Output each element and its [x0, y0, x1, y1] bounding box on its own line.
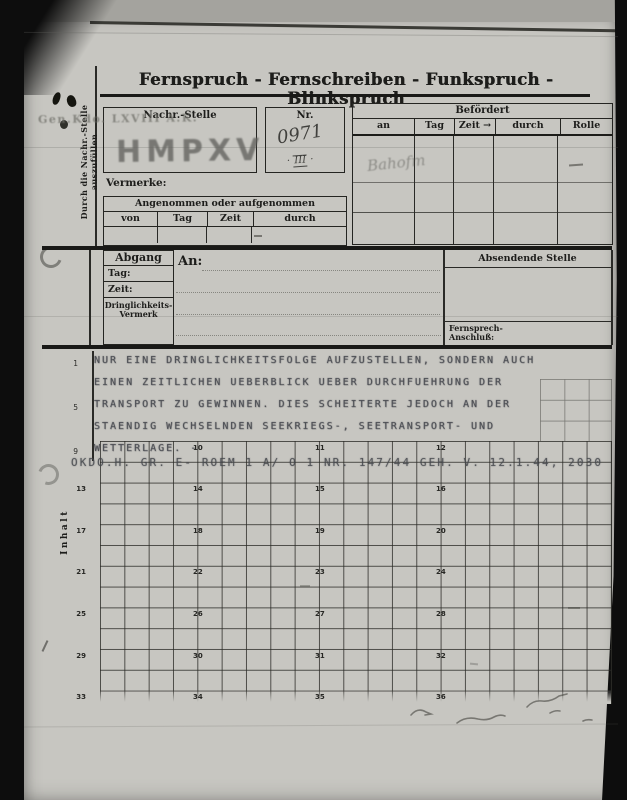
fernsprech-cell: Fernsprech- Anschluß: — [449, 324, 503, 342]
table-gridline — [557, 136, 558, 244]
sidebar-fill-note: Durch die Nachr.-Stelle auszufüllen — [79, 87, 99, 237]
dringlichkeit-label-line2: Vermerk — [104, 310, 173, 319]
table-gridline — [453, 136, 454, 244]
table-gridline — [206, 227, 207, 243]
typed-message-line: STAENDIG WECHSELNDEN SEEKRIEGS-, SEETRAN… — [94, 421, 495, 432]
section-right-border — [611, 250, 613, 345]
col-tag: Tag — [415, 119, 455, 134]
recipient-line — [176, 292, 440, 293]
grid-cell-number: 30 — [193, 652, 203, 660]
fernsprech-topline — [444, 321, 611, 322]
month-roman-numeral: · III · — [287, 154, 314, 168]
scan-left-border — [0, 0, 24, 800]
an-label: An: — [178, 254, 202, 269]
grid-cell-number: 19 — [315, 527, 325, 535]
dot-mark: · — [287, 156, 291, 167]
dot-mark: · — [310, 154, 314, 165]
angenommen-body — [104, 227, 346, 243]
grid-margin-number: 25 — [58, 610, 86, 618]
unit-stamp-text: Gen.Kdo. LXVIII A.K. — [38, 111, 258, 126]
pencil-dash — [568, 607, 580, 609]
abgang-tag-label: Tag: — [104, 266, 173, 282]
grid-cell-number: 20 — [436, 527, 446, 535]
grid-cell-number: 32 — [436, 652, 446, 660]
grid-margin-number: 33 — [58, 693, 86, 701]
angenommen-header-row: von Tag Zeit durch — [104, 212, 346, 227]
grid-fragment — [540, 379, 612, 441]
table-gridline — [493, 136, 494, 244]
col-durch: durch — [254, 212, 346, 226]
nr-label: Nr. — [266, 108, 344, 121]
table-gridline — [353, 182, 612, 183]
table-gridline — [353, 212, 612, 213]
table-gridline — [157, 227, 158, 243]
section-left-border — [89, 250, 91, 345]
abgang-zeit-label: Zeit: — [104, 282, 173, 298]
message-line-number: 5 — [62, 403, 78, 412]
befoerdert-handwriting: Bahofm — [366, 151, 426, 175]
col-tag: Tag — [158, 212, 208, 226]
dringlichkeit-cell: Dringlichkeits- Vermerk — [104, 298, 173, 319]
fernsprech-label-line2: Anschluß: — [449, 333, 503, 342]
signature-line: OKDO.H. GR. E- ROEM 1 A/ O 1 NR. 147/44 … — [71, 456, 603, 469]
message-line-number: 9 — [62, 447, 78, 456]
grid-margin-number: 13 — [58, 485, 86, 493]
grid-cell-number: 23 — [315, 568, 325, 576]
col-zeit: Zeit — [208, 212, 254, 226]
recipient-line — [176, 335, 441, 336]
grid-cell-number: 24 — [436, 568, 446, 576]
section-rule — [42, 246, 612, 250]
grid-cell-number: 26 — [193, 610, 203, 618]
recipient-line — [176, 314, 440, 315]
grid-cell-number: 27 — [315, 610, 325, 618]
pencil-dash — [300, 585, 310, 587]
grid-margin-number: 21 — [58, 568, 86, 576]
befoerdert-header-row: an Tag Zeit → durch Rolle — [353, 119, 612, 136]
abgang-title: Abgang — [104, 251, 173, 266]
message-line-number: 1 — [62, 359, 78, 368]
angenommen-title: Angenommen oder aufgenommen — [104, 197, 346, 212]
befoerdert-title: Befördert — [353, 104, 612, 119]
section-rule — [42, 345, 612, 349]
grid-margin-number: 29 — [58, 652, 86, 660]
scanned-document: Durch die Nachr.-Stelle auszufüllen Fern… — [0, 0, 627, 800]
col-durch: durch — [496, 119, 561, 134]
col-rolle: Rolle — [561, 119, 612, 134]
befoerdert-table: Befördert an Tag Zeit → durch Rolle Baho… — [352, 103, 613, 245]
angenommen-table: Angenommen oder aufgenommen von Tag Zeit… — [103, 196, 347, 246]
typed-message-line: EINEN ZEITLICHEN UEBERBLICK UEBER DURCHF… — [94, 377, 503, 388]
typed-message-line: WETTERLAGE. - — [94, 443, 198, 454]
arrow-icon: → — [483, 120, 491, 131]
grid-cell-number: 35 — [315, 693, 325, 701]
grid-cell-number: 15 — [315, 485, 325, 493]
vermerke-label: Vermerke: — [106, 177, 167, 189]
grid-cell-number: 12 — [436, 444, 446, 452]
befoerdert-body: Bahofm — [353, 136, 612, 244]
grid-cell-number: 34 — [193, 693, 203, 701]
abgang-box: Abgang Tag: Zeit: Dringlichkeits- Vermer… — [103, 250, 174, 345]
inhalt-label: Inhalt — [60, 502, 70, 562]
grid-cell-number: 31 — [315, 652, 325, 660]
grid-cell-number: 14 — [193, 485, 203, 493]
pencil-dash — [569, 164, 583, 166]
grid-cell-number: 22 — [193, 568, 203, 576]
pencil-scribble — [405, 693, 605, 743]
roman-numeral: III — [293, 155, 308, 168]
table-gridline — [251, 227, 252, 243]
title-underline — [100, 94, 590, 98]
col-zeit: Zeit → — [455, 119, 496, 134]
grid-cell-number: 18 — [193, 527, 203, 535]
typed-message-line: NUR EINE DRINGLICHKEITSFOLGE AUFZUSTELLE… — [94, 355, 535, 366]
absender-underline — [444, 267, 611, 268]
pencil-dash — [254, 235, 262, 237]
grid-cell-number: 16 — [436, 485, 446, 493]
absender-box-border — [443, 250, 445, 345]
typed-message-line: TRANSPORT ZU GEWINNEN. DIES SCHEITERTE J… — [94, 399, 511, 410]
recipient-line — [202, 270, 440, 271]
grid-cell-number: 11 — [315, 444, 325, 452]
absender-title: Absendende Stelle — [444, 253, 611, 264]
grid-cell-number: 28 — [436, 610, 446, 618]
col-an: an — [353, 119, 415, 134]
col-von: von — [104, 212, 158, 226]
station-stamp-code: HMPXV — [116, 133, 265, 170]
message-grid — [100, 441, 612, 704]
